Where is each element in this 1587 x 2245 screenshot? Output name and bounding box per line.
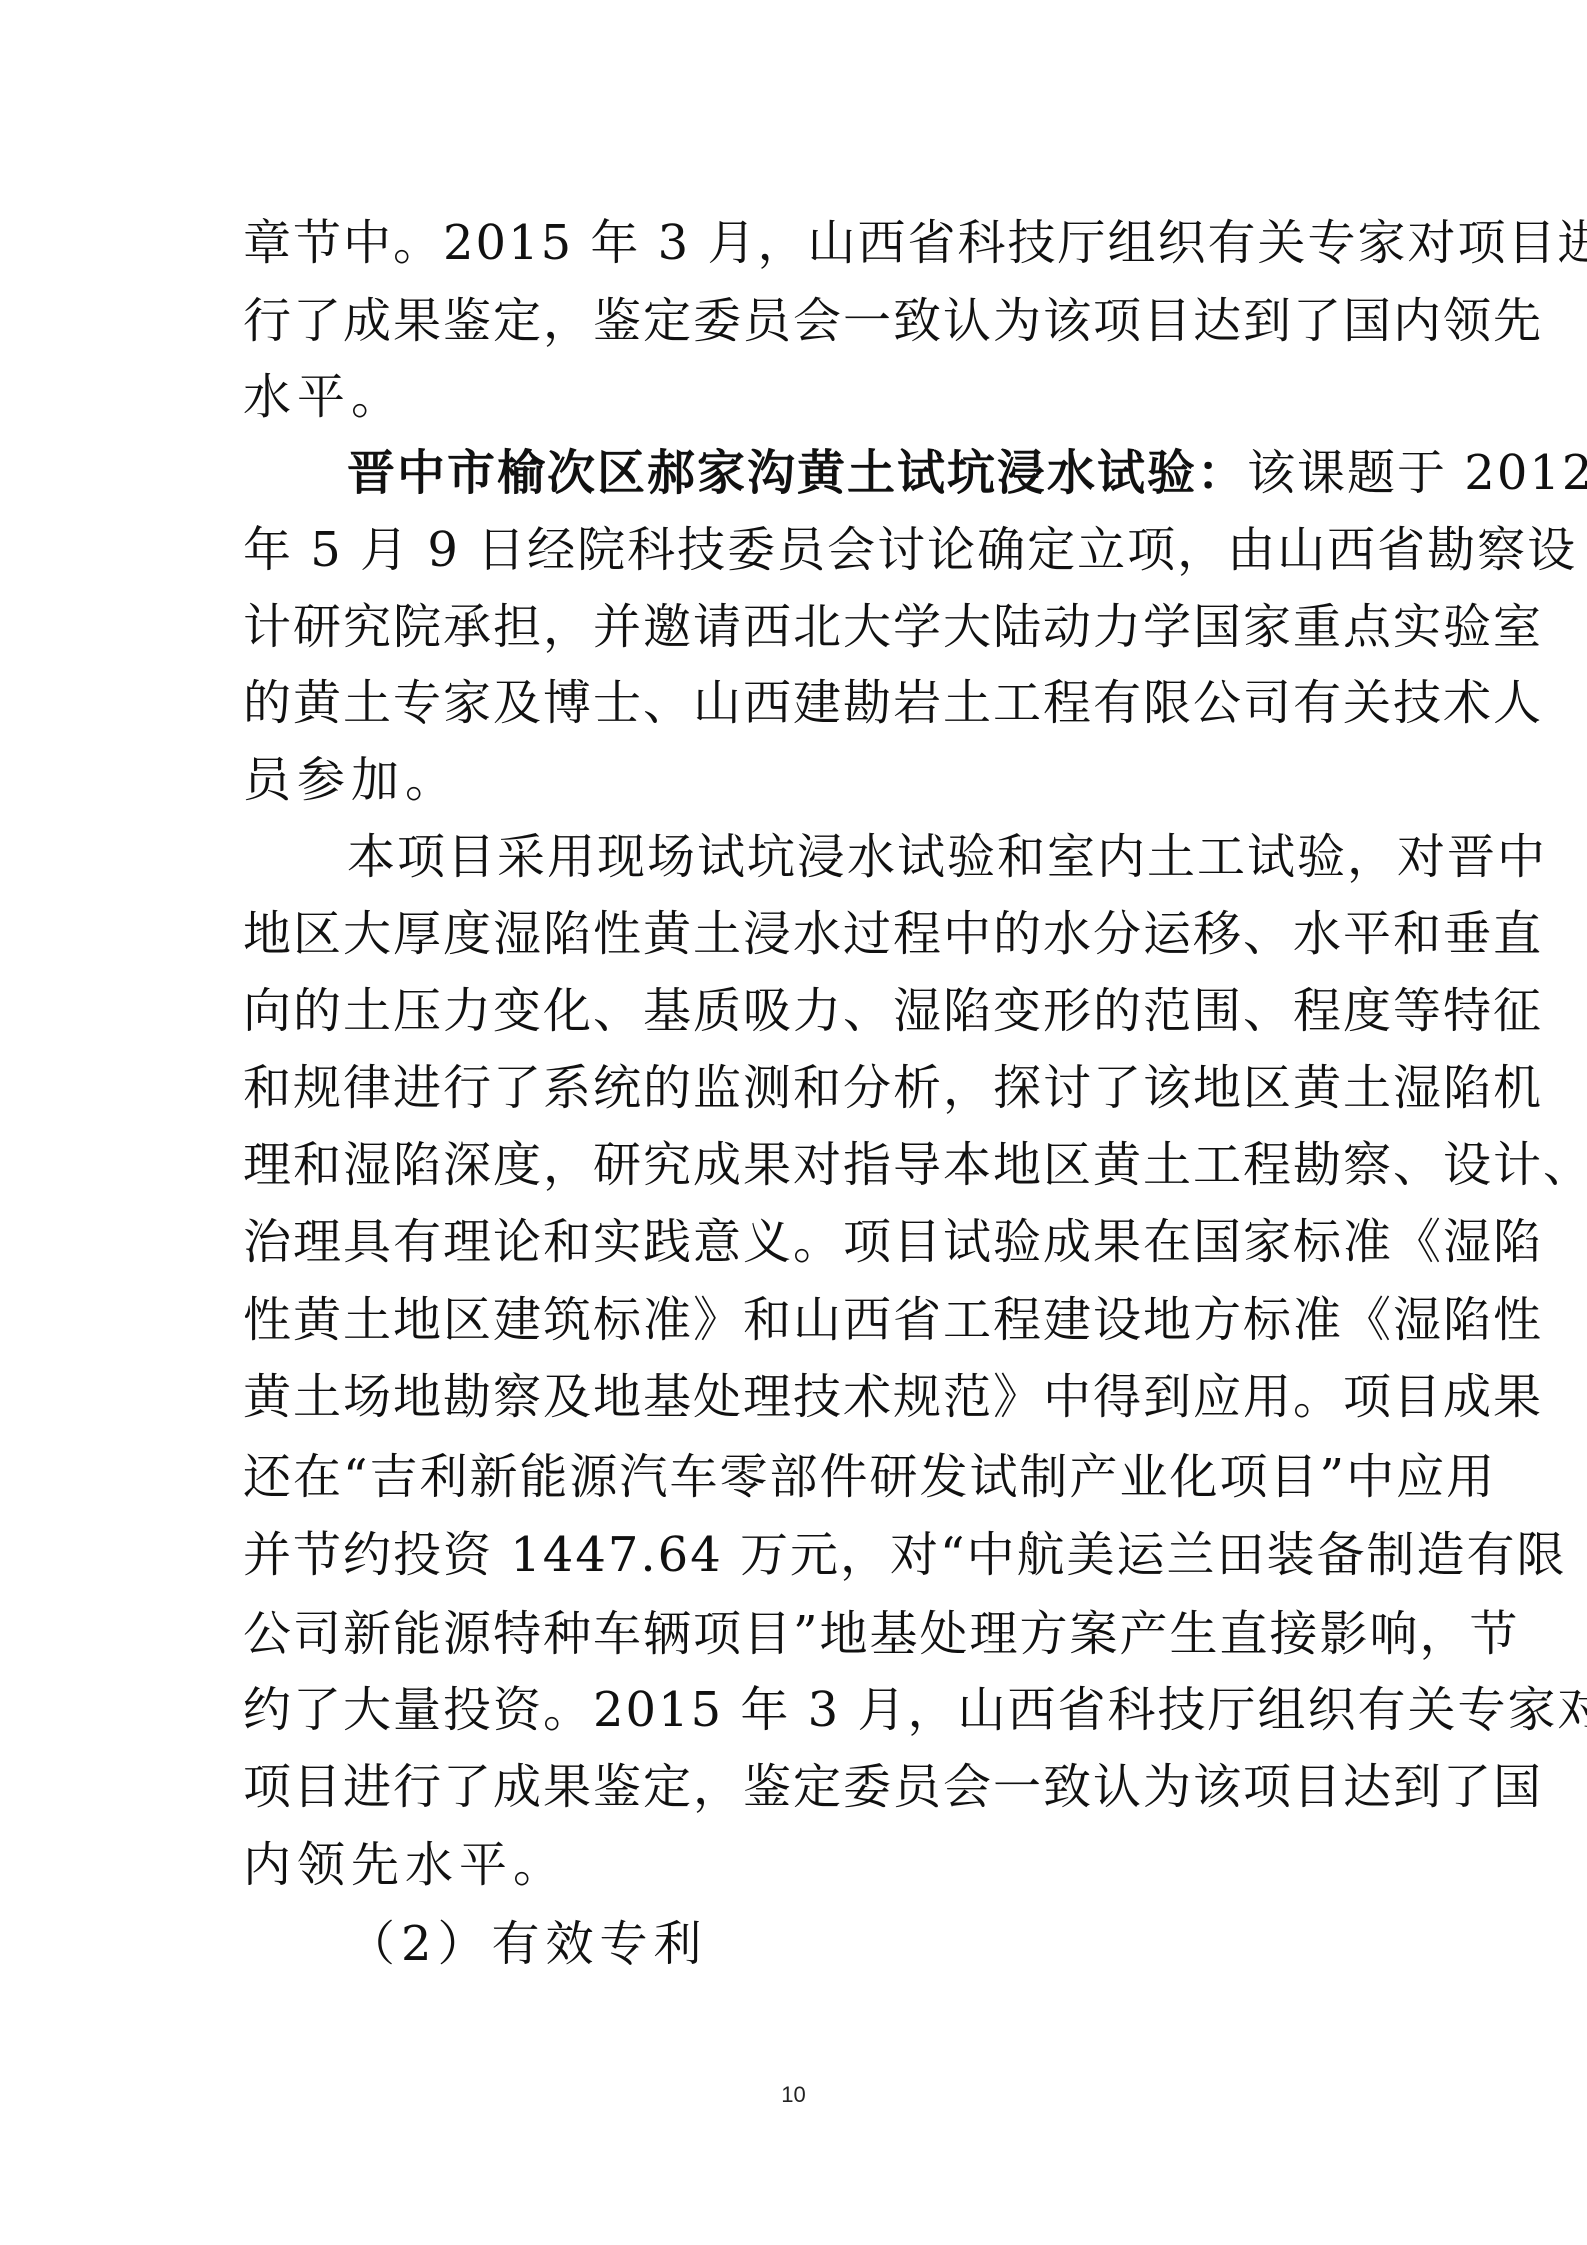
paragraph-line: 计研究院承担，并邀请西北大学大陆动力学国家重点实验室 (243, 597, 1346, 657)
paragraph-line: 治理具有理论和实践意义。项目试验成果在国家标准《湿陷 (243, 1212, 1346, 1272)
paragraph-first-line: 晋中市榆次区郝家沟黄土试坑浸水试验：该课题于 2012 (347, 443, 1346, 503)
paragraph-line: 年 5 月 9 日经院科技委员会讨论确定立项，由山西省勘察设 (243, 520, 1346, 580)
paragraph-line: 员参加。 (243, 750, 1346, 810)
paragraph-line: 水平。 (243, 367, 1346, 427)
paragraph-line: 和规律进行了系统的监测和分析，探讨了该地区黄土湿陷机 (243, 1058, 1346, 1118)
paragraph-line: 地区大厚度湿陷性黄土浸水过程中的水分运移、水平和垂直 (243, 904, 1346, 964)
paragraph-first-line: 本项目采用现场试坑浸水试验和室内土工试验，对晋中 (347, 827, 1346, 887)
paragraph-line: 并节约投资 1447.64 万元，对“中航美运兰田装备制造有限 (243, 1525, 1346, 1585)
paragraph-line: 行了成果鉴定，鉴定委员会一致认为该项目达到了国内领先 (243, 291, 1346, 351)
page-number: 10 (0, 2082, 1587, 2108)
paragraph-line: 内领先水平。 (243, 1835, 1346, 1895)
paragraph-line: 性黄土地区建筑标准》和山西省工程建设地方标准《湿陷性 (243, 1290, 1346, 1350)
section-heading: （2）有效专利 (347, 1914, 1346, 1974)
paragraph-line: 章节中。2015 年 3 月，山西省科技厅组织有关专家对项目进 (243, 213, 1346, 273)
paragraph-line: 还在“吉利新能源汽车零部件研发试制产业化项目”中应用 (243, 1447, 1346, 1507)
paragraph-line: 的黄土专家及博士、山西建勘岩土工程有限公司有关技术人 (243, 673, 1346, 733)
project-title: 晋中市榆次区郝家沟黄土试坑浸水试验： (347, 445, 1247, 501)
document-page: 章节中。2015 年 3 月，山西省科技厅组织有关专家对项目进 行了成果鉴定，鉴… (0, 0, 1587, 2245)
paragraph-line: 公司新能源特种车辆项目”地基处理方案产生直接影响，节 (243, 1604, 1346, 1664)
paragraph-line: 理和湿陷深度，研究成果对指导本地区黄土工程勘察、设计、 (243, 1135, 1346, 1195)
paragraph-line: 项目进行了成果鉴定，鉴定委员会一致认为该项目达到了国 (243, 1757, 1346, 1817)
paragraph-line: 黄土场地勘察及地基处理技术规范》中得到应用。项目成果 (243, 1367, 1346, 1427)
paragraph-text: 该课题于 2012 (1247, 445, 1587, 501)
paragraph-line: 约了大量投资。2015 年 3 月，山西省科技厅组织有关专家对 (243, 1680, 1346, 1740)
paragraph-line: 向的土压力变化、基质吸力、湿陷变形的范围、程度等特征 (243, 981, 1346, 1041)
